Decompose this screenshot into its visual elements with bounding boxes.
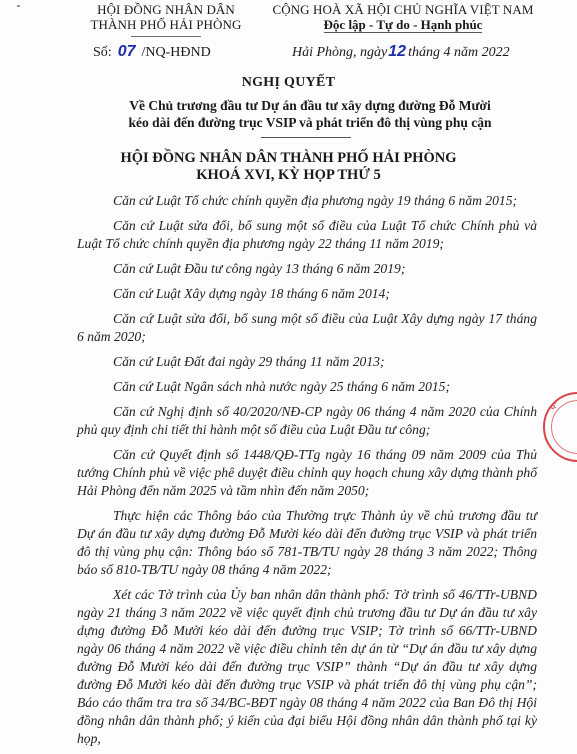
motto-text: Độc lập - Tự do - Hạnh phúc: [324, 17, 483, 33]
document-type: NGHỊ QUYẾT: [0, 75, 577, 91]
national-heading: CỘNG HOÀ XÃ HỘI CHỦ NGHĨA VIỆT NAM Độc l…: [262, 2, 544, 32]
preamble-paragraph: Căn cứ Luật Đất đai ngày 29 tháng 11 năm…: [77, 353, 537, 371]
subject-divider: [261, 137, 351, 138]
preamble-paragraph: Căn cứ Luật sửa đổi, bổ sung một số điều…: [77, 217, 537, 253]
preamble-paragraph: Căn cứ Luật Đầu tư công ngày 13 tháng 6 …: [77, 260, 537, 278]
doc-number-suffix: /NQ-HĐND: [141, 45, 210, 60]
national-motto: Độc lập - Tự do - Hạnh phúc: [262, 17, 544, 32]
doc-number-label: Số:: [93, 45, 112, 60]
date-suffix: tháng 4 năm 2022: [408, 45, 510, 60]
preamble-body: Căn cứ Luật Tổ chức chính quyền địa phươ…: [77, 192, 537, 754]
preamble-paragraph: Căn cứ Luật sửa đổi, bổ sung một số điều…: [77, 310, 537, 346]
preamble-paragraph: Căn cứ Luật Xây dựng ngày 18 tháng 6 năm…: [77, 285, 537, 303]
subject-line-1: Về Chủ trương đầu tư Dự án đầu tư xây dự…: [80, 97, 540, 114]
council-line-1: HỘI ĐỒNG NHÂN DÂN THÀNH PHỐ HẢI PHÒNG: [0, 150, 577, 167]
council-heading: HỘI ĐỒNG NHÂN DÂN THÀNH PHỐ HẢI PHÒNG KH…: [0, 150, 577, 184]
document-subject: Về Chủ trương đầu tư Dự án đầu tư xây dự…: [80, 97, 540, 131]
red-seal-icon: ỘNG NHÂ: [543, 392, 577, 462]
document-page: HỘI ĐỒNG NHÂN DÂN THÀNH PHỐ HẢI PHÒNG CỘ…: [0, 0, 577, 754]
preamble-paragraph: Căn cứ Nghị định số 40/2020/NĐ-CP ngày 0…: [77, 403, 537, 439]
subject-line-2: kéo dài đến đường trục VSIP và phát triể…: [80, 114, 540, 131]
document-date: Hải Phòng, ngày12tháng 4 năm 2022: [292, 43, 510, 61]
preamble-paragraph: Thực hiện các Thông báo của Thường trực …: [77, 507, 537, 579]
document-number: Số:07/NQ-HĐND: [93, 43, 211, 61]
issuer-block: HỘI ĐỒNG NHÂN DÂN THÀNH PHỐ HẢI PHÒNG: [80, 2, 252, 37]
issuer-divider: [131, 36, 201, 37]
scan-artifact: [17, 5, 20, 7]
preamble-paragraph: Căn cứ Luật Ngân sách nhà nước ngày 25 t…: [77, 378, 537, 396]
preamble-paragraph: Căn cứ Luật Tổ chức chính quyền địa phươ…: [77, 192, 537, 210]
date-day-handwritten: 12: [388, 43, 406, 60]
preamble-paragraph: Xét các Tờ trình của Ủy ban nhân dân thà…: [77, 586, 537, 748]
doc-number-handwritten: 07: [118, 43, 136, 60]
issuer-line-1: HỘI ĐỒNG NHÂN DÂN: [80, 2, 252, 17]
preamble-paragraph: Căn cứ Quyết định số 1448/QĐ-TTg ngày 16…: [77, 446, 537, 500]
issuer-line-2: THÀNH PHỐ HẢI PHÒNG: [80, 17, 252, 32]
date-prefix: Hải Phòng, ngày: [292, 45, 387, 60]
council-line-2: KHOÁ XVI, KỲ HỌP THỨ 5: [0, 167, 577, 184]
nation-name: CỘNG HOÀ XÃ HỘI CHỦ NGHĨA VIỆT NAM: [262, 2, 544, 17]
